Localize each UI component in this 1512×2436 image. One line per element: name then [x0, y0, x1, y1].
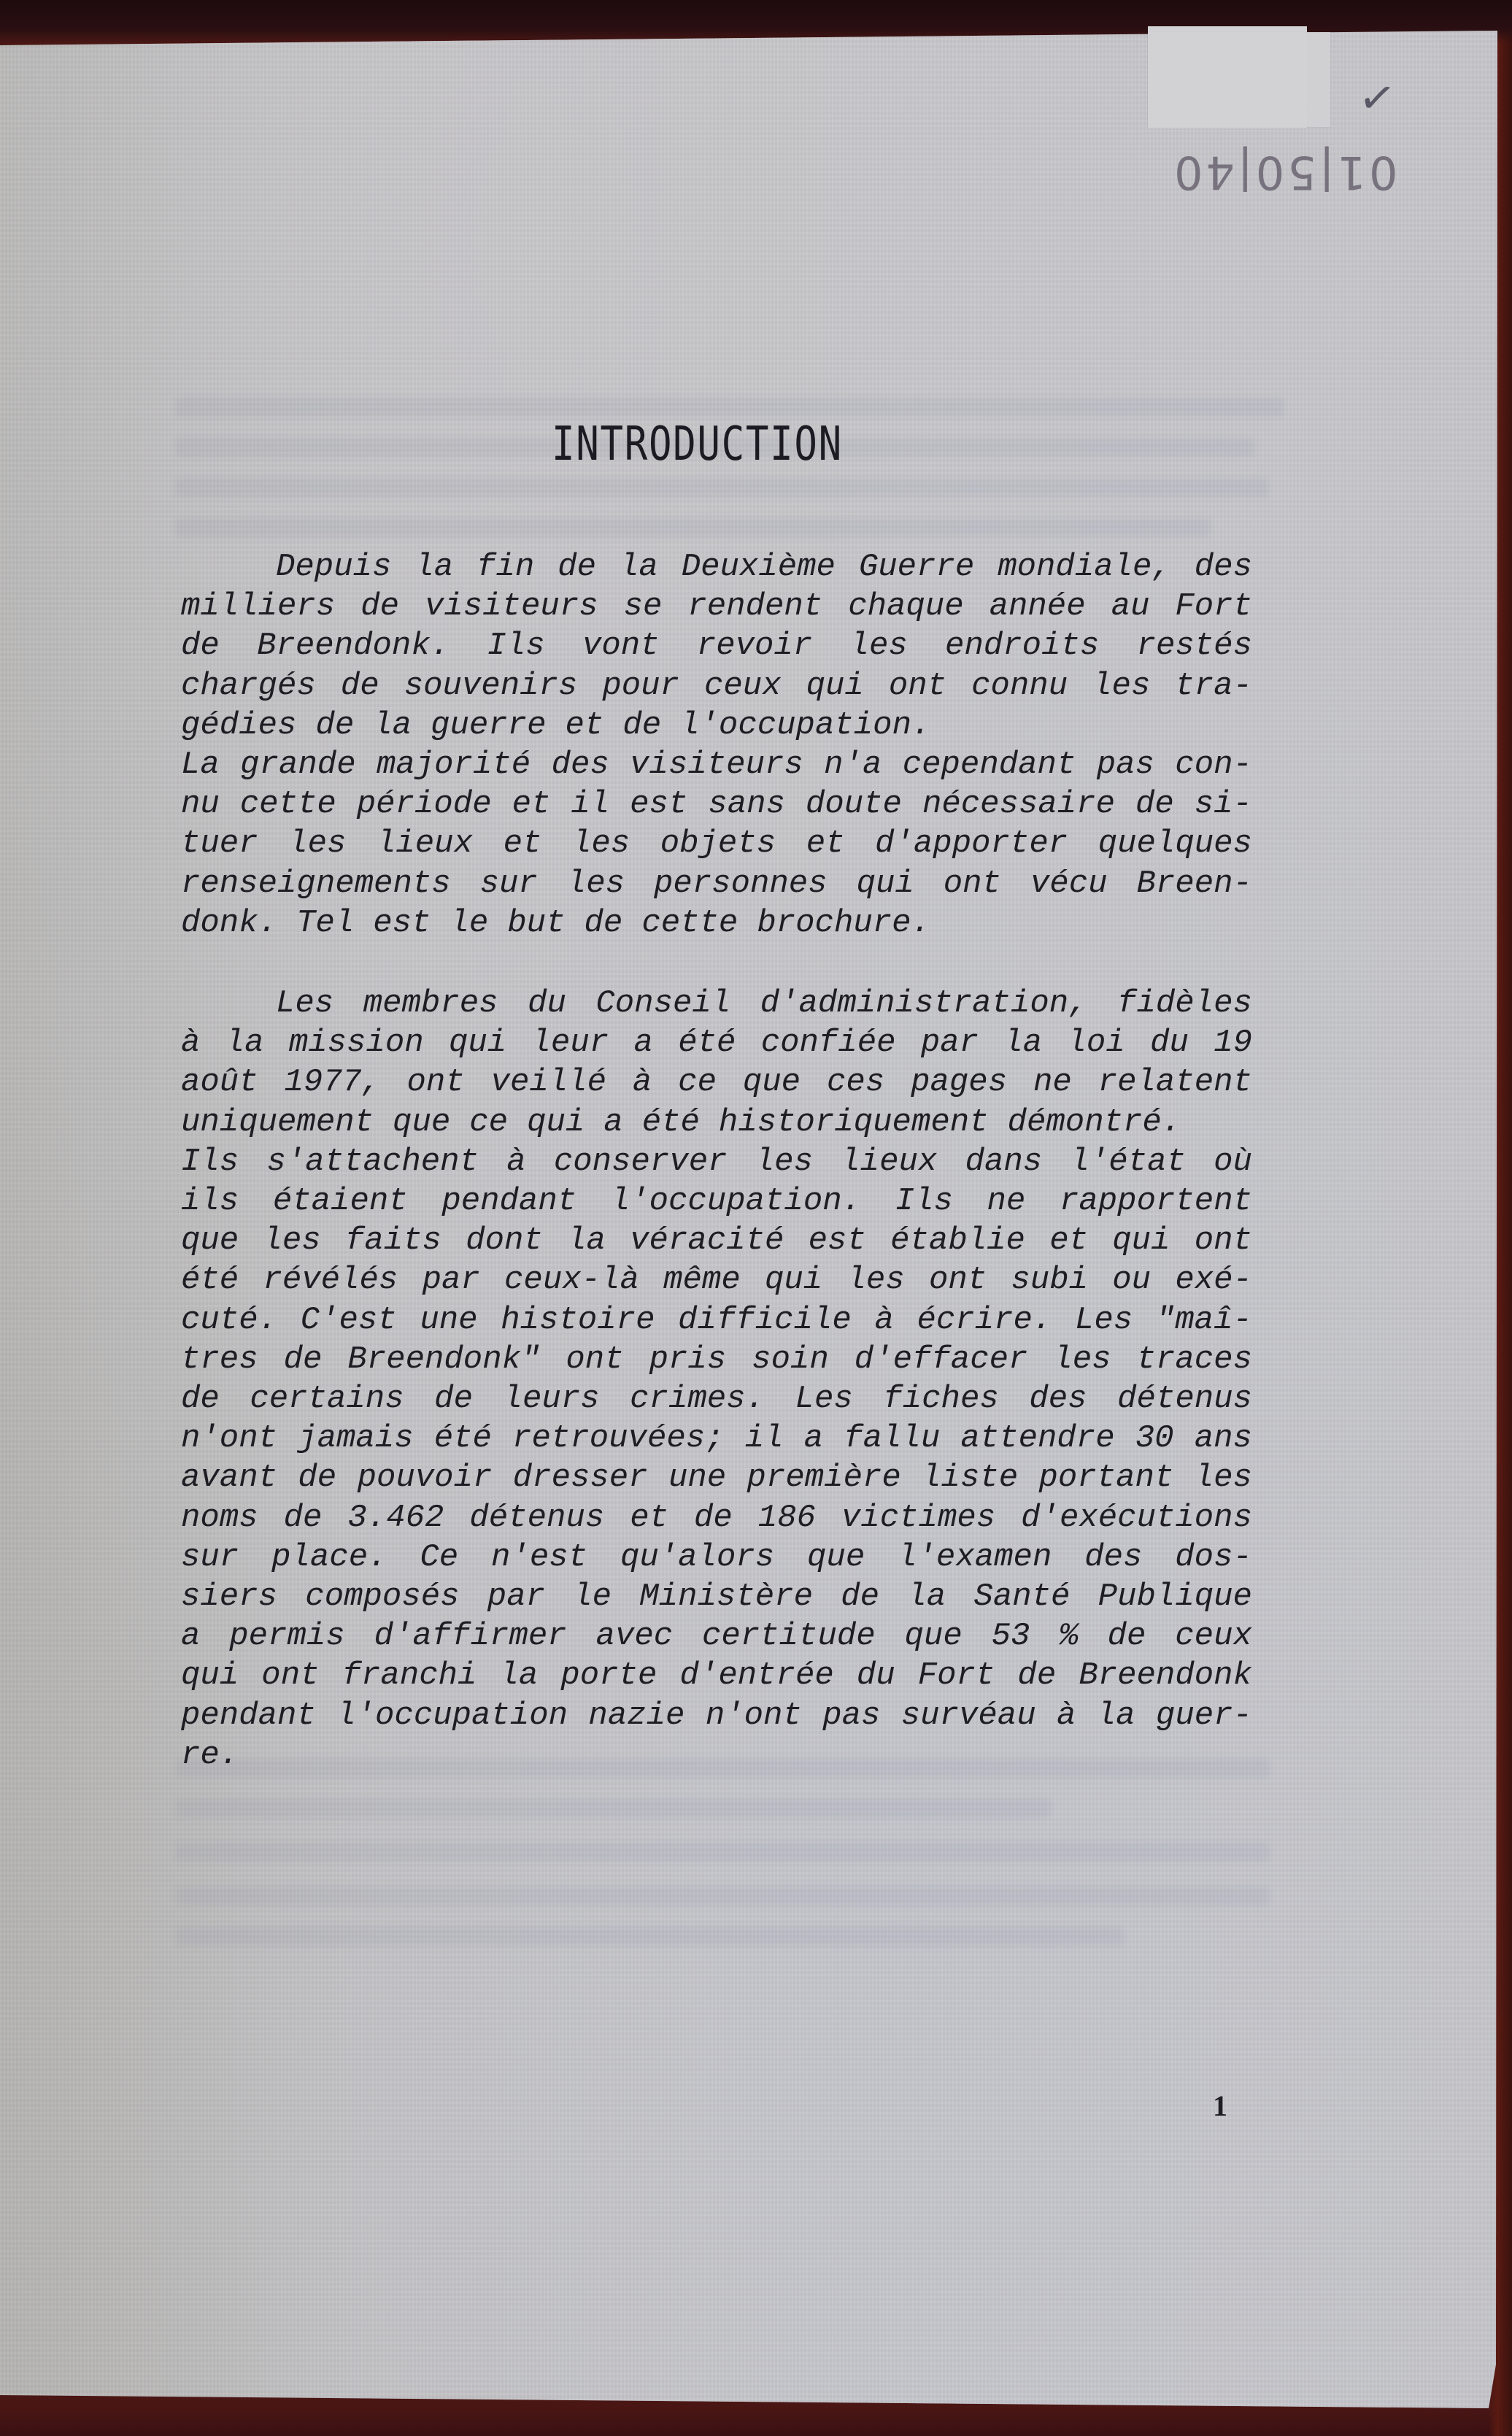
- word: Guerre: [859, 547, 974, 587]
- word: 30: [1135, 1419, 1174, 1458]
- word: l'examen: [898, 1538, 1052, 1577]
- word: et: [504, 824, 542, 863]
- word: Les: [795, 1379, 853, 1419]
- word: l'occupation.: [611, 1182, 861, 1221]
- text-line: donk.Telestlebutdecettebrochure.: [181, 903, 1252, 943]
- word: par: [921, 1023, 979, 1063]
- word: visiteurs: [630, 745, 803, 785]
- word: que: [393, 1103, 450, 1142]
- text-line: Ilss'attachentàconserverleslieuxdansl'ét…: [181, 1142, 1252, 1182]
- word: à: [633, 1063, 652, 1102]
- word: Ministère: [639, 1577, 813, 1616]
- word: fin: [477, 547, 534, 587]
- word: Fort: [1175, 587, 1252, 626]
- word: d'administration,: [760, 984, 1088, 1023]
- word: que: [905, 1616, 963, 1656]
- text-line: uniquementquecequiaétéhistoriquementdémo…: [181, 1103, 1252, 1142]
- word: crimes.: [630, 1379, 765, 1419]
- word: révélés: [263, 1260, 398, 1300]
- word: ont: [889, 666, 946, 706]
- word: milliers: [181, 587, 335, 626]
- word: n'ont: [706, 1696, 802, 1735]
- word: n'ont: [181, 1419, 277, 1458]
- word: année: [990, 587, 1086, 626]
- text-line: pendantl'occupationnazien'ontpassurvéauà…: [181, 1696, 1252, 1735]
- word: franchi: [342, 1656, 477, 1695]
- word: leur: [532, 1023, 609, 1063]
- text-line: renseignementssurlespersonnesquiontvécuB…: [181, 864, 1252, 903]
- text-line: àlamissionquileuraétéconfiéeparlaloidu19: [181, 1023, 1252, 1063]
- text-line: ilsétaientpendantl'occupation.Ilsnerappo…: [181, 1182, 1252, 1221]
- word: que: [807, 1538, 865, 1577]
- word: du: [857, 1656, 895, 1695]
- word: tres: [181, 1340, 258, 1379]
- word: Depuis: [276, 547, 391, 587]
- word: de: [298, 1458, 336, 1498]
- word: de: [284, 1340, 323, 1379]
- word: pendant: [441, 1182, 576, 1221]
- word: ont: [406, 1063, 464, 1102]
- word: Santé: [973, 1577, 1070, 1616]
- word: Breendonk: [1079, 1656, 1252, 1695]
- word: il: [745, 1419, 784, 1458]
- word: ceux-là: [504, 1260, 639, 1300]
- word: attendre: [960, 1419, 1114, 1458]
- text-line: cuté.C'estunehistoiredifficileàécrire.Le…: [181, 1300, 1252, 1340]
- word: fiches: [883, 1379, 998, 1419]
- word: endroits: [945, 626, 1099, 666]
- word: d'effacer: [855, 1340, 1028, 1379]
- word: des: [1195, 547, 1252, 587]
- word: d'affirmer: [374, 1616, 567, 1656]
- word: quelques: [1098, 824, 1252, 863]
- word: les: [1053, 1340, 1111, 1379]
- word: donk.: [181, 903, 277, 943]
- word: de: [694, 1498, 733, 1538]
- word: pendant: [181, 1696, 316, 1735]
- word: le: [450, 903, 488, 943]
- word: place.: [271, 1538, 387, 1577]
- word: %: [1059, 1616, 1078, 1656]
- word: Ils: [895, 1182, 953, 1221]
- word: ont: [929, 1260, 987, 1300]
- word: noms: [181, 1498, 258, 1538]
- text-line: n'ontjamaisétéretrouvées;ilafalluattendr…: [181, 1419, 1252, 1458]
- word: l'occupation.: [680, 706, 930, 745]
- word: qu'alors: [620, 1538, 774, 1577]
- word: 53: [992, 1616, 1030, 1656]
- word: la: [500, 1656, 539, 1695]
- word: a: [603, 1103, 622, 1142]
- word: de: [341, 666, 379, 706]
- word: nécessaire: [922, 785, 1115, 824]
- word: ils: [181, 1182, 239, 1221]
- word: et: [566, 706, 604, 745]
- word: et: [630, 1498, 668, 1538]
- word: la: [1003, 1023, 1042, 1063]
- word: la: [907, 1577, 946, 1616]
- text-line: DepuislafindelaDeuxièmeGuerremondiale,de…: [181, 547, 1252, 587]
- word: une: [668, 1458, 726, 1498]
- word: C'est: [301, 1300, 397, 1340]
- text-line: chargésdesouvenirspourceuxquiontconnules…: [181, 666, 1252, 706]
- word: Les: [1075, 1300, 1133, 1340]
- word: ceux: [1175, 1616, 1252, 1656]
- text-line: surplace.Cen'estqu'alorsquel'examendesdo…: [181, 1538, 1252, 1577]
- word: 19: [1214, 1023, 1252, 1063]
- word: mission: [289, 1023, 424, 1063]
- show-through-text: [175, 398, 1284, 417]
- word: de: [1108, 1616, 1146, 1656]
- word: pas: [1097, 745, 1154, 785]
- word: dresser: [513, 1458, 648, 1498]
- word: subi: [1011, 1260, 1088, 1300]
- word: les: [846, 1260, 904, 1300]
- word: des: [552, 745, 609, 785]
- word: qui: [765, 1260, 822, 1300]
- word: souvenirs: [404, 666, 578, 706]
- word: fidèles: [1117, 984, 1252, 1023]
- word: ce: [678, 1063, 717, 1102]
- word: exé-: [1175, 1260, 1252, 1300]
- text-line: Lagrandemajoritédesvisiteursn'acependant…: [181, 745, 1252, 785]
- word: la: [620, 547, 658, 587]
- word: dont: [466, 1221, 543, 1260]
- word: si-: [1195, 785, 1252, 824]
- word: et: [1049, 1221, 1088, 1260]
- handwritten-annotation: 01|50|40: [1171, 146, 1397, 199]
- redaction-label: [1148, 32, 1330, 127]
- word: première: [747, 1458, 901, 1498]
- word: Ce: [420, 1538, 458, 1577]
- word: qui: [527, 1103, 585, 1142]
- word: faits: [345, 1221, 441, 1260]
- word: 3.462: [347, 1498, 444, 1538]
- word: but: [507, 903, 565, 943]
- word: à: [506, 1142, 525, 1182]
- word: est: [373, 903, 431, 943]
- word: se: [624, 587, 663, 626]
- word: cuté.: [181, 1300, 277, 1340]
- word: a: [804, 1419, 823, 1458]
- word: détenus: [1117, 1379, 1252, 1419]
- word: rendent: [687, 587, 822, 626]
- word: d'exécutions: [1021, 1498, 1252, 1538]
- word: victimes: [841, 1498, 995, 1538]
- word: les: [263, 1221, 320, 1260]
- word: l'état: [1070, 1142, 1185, 1182]
- word: Fort: [918, 1656, 995, 1695]
- word: ont: [261, 1656, 319, 1695]
- word: une: [420, 1300, 477, 1340]
- word: de: [284, 1498, 323, 1538]
- word: membres: [363, 984, 498, 1023]
- word: d'entrée: [680, 1656, 834, 1695]
- word: guerre: [431, 706, 546, 745]
- word: tra-: [1175, 666, 1252, 706]
- word: Les: [276, 984, 333, 1023]
- word: cependant: [903, 745, 1076, 785]
- word: lieux: [377, 824, 473, 863]
- word: portant: [1039, 1458, 1174, 1498]
- word: qui: [857, 864, 914, 903]
- word: et: [806, 824, 845, 863]
- word: ont: [1195, 1221, 1252, 1260]
- word: qui: [806, 666, 864, 706]
- text-line: gédiesdelaguerreetdel'occupation.: [181, 706, 1252, 745]
- word: de: [181, 626, 220, 666]
- word: cette: [641, 903, 738, 943]
- word: la: [225, 1023, 264, 1063]
- word: grande: [240, 745, 355, 785]
- word: con-: [1175, 745, 1252, 785]
- word: rapportent: [1060, 1182, 1252, 1221]
- word: nu: [181, 785, 220, 824]
- text-line: étérévélésparceux-làmêmequilesontsubioue…: [181, 1260, 1252, 1300]
- word: étaient: [273, 1182, 408, 1221]
- word: véracité: [630, 1221, 784, 1260]
- word: majorité: [377, 745, 531, 785]
- word: revoir: [697, 626, 812, 666]
- word: n'est: [491, 1538, 587, 1577]
- word: ce: [469, 1103, 508, 1142]
- word: écrire.: [917, 1300, 1052, 1340]
- word: Conseil: [595, 984, 730, 1023]
- word: la: [373, 706, 412, 745]
- word: période: [357, 785, 492, 824]
- word: par: [487, 1577, 545, 1616]
- word: de: [315, 706, 354, 745]
- word: à: [1057, 1696, 1076, 1735]
- word: qui: [449, 1023, 506, 1063]
- word: connu: [971, 666, 1068, 706]
- word: pages: [911, 1063, 1007, 1102]
- word: la: [567, 1221, 606, 1260]
- show-through-text: [175, 1799, 1051, 1818]
- word: été: [434, 1419, 492, 1458]
- word: dos-: [1175, 1538, 1252, 1577]
- word: guer-: [1156, 1696, 1252, 1735]
- word: traces: [1137, 1340, 1252, 1379]
- word: les: [850, 626, 908, 666]
- word: qui: [181, 1656, 239, 1695]
- word: été: [181, 1260, 239, 1300]
- word: des: [1084, 1538, 1142, 1577]
- word: que: [743, 1063, 801, 1102]
- text-line: nucettepériodeetilestsansdoutenécessaire…: [181, 785, 1252, 824]
- word: Breen-: [1136, 864, 1251, 903]
- word: le: [573, 1577, 612, 1616]
- word: les: [572, 824, 630, 863]
- word: sur: [480, 864, 538, 903]
- word: survéau: [901, 1696, 1036, 1735]
- word: ne: [987, 1182, 1026, 1221]
- word: ceux: [704, 666, 782, 706]
- word: vécu: [1030, 864, 1108, 903]
- word: même: [663, 1260, 741, 1300]
- word: d'apporter: [875, 824, 1068, 863]
- word: siers: [181, 1577, 277, 1616]
- word: les: [1092, 666, 1150, 706]
- word: fallu: [844, 1419, 940, 1458]
- word: conserver: [554, 1142, 728, 1182]
- text-line: quiontfranchilaported'entréeduFortdeBree…: [181, 1656, 1252, 1695]
- word: tuer: [181, 824, 258, 863]
- show-through-text: [175, 1886, 1270, 1905]
- word: cette: [240, 785, 336, 824]
- word: Ils: [487, 626, 544, 666]
- word: et: [512, 785, 551, 824]
- word: porte: [560, 1656, 657, 1695]
- word: établie: [890, 1221, 1025, 1260]
- word: histoire: [501, 1300, 655, 1340]
- word: chargés: [181, 666, 316, 706]
- word: à: [874, 1300, 893, 1340]
- text-line: LesmembresduConseild'administration,fidè…: [181, 984, 1252, 1023]
- word: Publique: [1098, 1577, 1252, 1616]
- word: il: [571, 785, 609, 824]
- word: veillé: [491, 1063, 606, 1102]
- word: août: [181, 1063, 258, 1102]
- word: les: [755, 1142, 813, 1182]
- show-through-text: [175, 1843, 1270, 1862]
- word: du: [528, 984, 566, 1023]
- word: Deuxième: [682, 547, 836, 587]
- word: personnes: [654, 864, 828, 903]
- word: à: [181, 1023, 200, 1063]
- word: de: [434, 1379, 473, 1419]
- word: ou: [1112, 1260, 1151, 1300]
- text-line: tresdeBreendonk"ontprissoind'effacerlest…: [181, 1340, 1252, 1379]
- word: soin: [752, 1340, 829, 1379]
- word: difficile: [678, 1300, 852, 1340]
- word: la: [1097, 1696, 1135, 1735]
- word: dans: [965, 1142, 1043, 1182]
- checkmark-icon: ✓: [1355, 71, 1399, 126]
- word: permis: [229, 1616, 344, 1656]
- word: sans: [708, 785, 785, 824]
- show-through-text: [175, 518, 1211, 537]
- text-line: nomsde3.462détenusetde186victimesd'exécu…: [181, 1498, 1252, 1538]
- word: uniquement: [181, 1103, 374, 1142]
- word: ne: [1033, 1063, 1072, 1102]
- text-line: apermisd'affirmeraveccertitudeque53%dece…: [181, 1616, 1252, 1656]
- word: jamais: [298, 1419, 413, 1458]
- text-line: quelesfaitsdontlavéracitéestétablieetqui…: [181, 1221, 1252, 1260]
- word: a: [633, 1023, 652, 1063]
- word: composés: [305, 1577, 459, 1616]
- word: de: [841, 1577, 879, 1616]
- word: démontré.: [1008, 1103, 1181, 1142]
- word: que: [181, 1221, 239, 1260]
- word: gédies: [181, 706, 296, 745]
- word: chaque: [848, 587, 963, 626]
- word: est: [809, 1221, 866, 1260]
- word: pouvoir: [358, 1458, 493, 1498]
- word: s'attachent: [266, 1142, 478, 1182]
- word: mondiale,: [998, 547, 1171, 587]
- word: des: [1029, 1379, 1087, 1419]
- word: ont: [566, 1340, 623, 1379]
- word: pour: [602, 666, 679, 706]
- word: par: [423, 1260, 480, 1300]
- word: est: [630, 785, 687, 824]
- word: les: [288, 824, 346, 863]
- word: renseignements: [181, 864, 451, 903]
- word: Breendonk": [347, 1340, 540, 1379]
- word: pris: [649, 1340, 727, 1379]
- page-number: 1: [1213, 2089, 1227, 2123]
- word: de: [360, 587, 399, 626]
- word: où: [1214, 1142, 1252, 1182]
- word: ans: [1195, 1419, 1252, 1458]
- word: La: [181, 745, 220, 785]
- word: de: [622, 706, 661, 745]
- word: détenus: [469, 1498, 604, 1538]
- word: restés: [1137, 626, 1252, 666]
- word: avec: [596, 1616, 674, 1656]
- word: confiée: [761, 1023, 896, 1063]
- word: relatent: [1098, 1063, 1252, 1102]
- word: sur: [181, 1538, 239, 1577]
- word: Ils: [181, 1142, 239, 1182]
- text-line: deBreendonk.Ilsvontrevoirlesendroitsrest…: [181, 626, 1252, 666]
- word: historiquement: [719, 1103, 989, 1142]
- word: nazie: [588, 1696, 684, 1735]
- word: 1977,: [285, 1063, 381, 1102]
- word: avant: [181, 1458, 277, 1498]
- text-line: avantdepouvoirdresserunepremièrelistepor…: [181, 1458, 1252, 1498]
- word: objets: [660, 824, 776, 863]
- show-through-text: [175, 1927, 1124, 1946]
- word: certitude: [702, 1616, 876, 1656]
- word: ont: [944, 864, 1001, 903]
- word: qui: [1112, 1221, 1170, 1260]
- text-line: re.: [181, 1735, 1252, 1775]
- word: été: [678, 1023, 736, 1063]
- word: n'a: [824, 745, 882, 785]
- word: de: [585, 903, 623, 943]
- word: de: [1135, 785, 1174, 824]
- word: brochure.: [757, 903, 930, 943]
- word: retrouvées;: [512, 1419, 724, 1458]
- text-line: milliersdevisiteursserendentchaqueannéea…: [181, 587, 1252, 626]
- word: été: [642, 1103, 700, 1142]
- word: 186: [758, 1498, 816, 1538]
- word: ces: [827, 1063, 884, 1102]
- word: de: [558, 547, 596, 587]
- show-through-text: [175, 478, 1270, 497]
- word: a: [181, 1616, 200, 1656]
- page-title: INTRODUCTION: [552, 417, 843, 471]
- word: visiteurs: [425, 587, 598, 626]
- word: doute: [806, 785, 902, 824]
- text-line: août1977,ontveilléàcequecespagesnerelate…: [181, 1063, 1252, 1102]
- word: leurs: [504, 1379, 600, 1419]
- text-line: tuerleslieuxetlesobjetsetd'apporterquelq…: [181, 824, 1252, 863]
- word: loi: [1068, 1023, 1125, 1063]
- word: de: [1017, 1656, 1056, 1695]
- word: l'occupation: [336, 1696, 568, 1735]
- word: du: [1150, 1023, 1189, 1063]
- word: les: [567, 864, 625, 903]
- word: "maî-: [1156, 1300, 1252, 1340]
- word: les: [1195, 1458, 1252, 1498]
- word: pas: [822, 1696, 880, 1735]
- word: de: [181, 1379, 220, 1419]
- word: Tel: [296, 903, 354, 943]
- word: lieux: [841, 1142, 937, 1182]
